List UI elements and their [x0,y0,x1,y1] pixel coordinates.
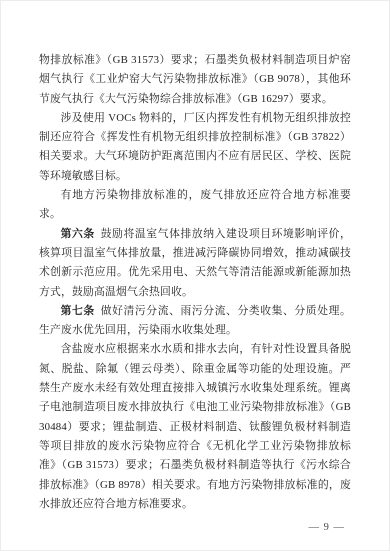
paragraph-text: 物排放标准》（GB 31573）要求；石墨类负极材料制造项目炉窑烟气执行《工业炉… [39,54,351,105]
paragraph-text: 有地方污染物排放标准的，废气排放还应符合地方标准要求。 [39,189,351,220]
document-page: { "document": { "paragraphs": [ { "text"… [0,0,390,551]
paragraph-article-7: 第七条做好清污分流、雨污分流、分类收集、分质处理。生产废水优先回用，污染雨水收集… [39,302,351,341]
paragraph-wastewater-standards: 含盐废水应根据来水水质和排水去向，有针对性设置具备脱氮、脱盐、除氟（锂云母类）、… [39,340,351,514]
paragraph-text: 含盐废水应根据来水水质和排水去向，有针对性设置具备脱氮、脱盐、除氟（锂云母类）、… [39,343,351,509]
article-7-number: 第七条 [61,305,95,317]
document-page-content: 物排放标准》（GB 31573）要求；石墨类负极材料制造项目炉窑烟气执行《工业炉… [1,1,389,550]
paragraph-vocs-control: 涉及使用 VOCs 物料的，厂区内挥发性有机物无组织排放控制还应符合《挥发性有机… [39,109,351,186]
paragraph-article-6: 第六条鼓励将温室气体排放纳入建设项目环境影响评价，核算项目温室气体排放量，推进减… [39,225,351,302]
paragraph-local-gas-standards: 有地方污染物排放标准的，废气排放还应符合地方标准要求。 [39,186,351,225]
paragraph-text: 涉及使用 VOCs 物料的，厂区内挥发性有机物无组织排放控制还应符合《挥发性有机… [39,112,351,182]
document-body-text: 物排放标准》（GB 31573）要求；石墨类负极材料制造项目炉窑烟气执行《工业炉… [39,51,351,514]
page-number: — 9 — [39,520,351,536]
paragraph-continuation-air-standards: 物排放标准》（GB 31573）要求；石墨类负极材料制造项目炉窑烟气执行《工业炉… [39,51,351,109]
article-6-number: 第六条 [61,228,95,240]
